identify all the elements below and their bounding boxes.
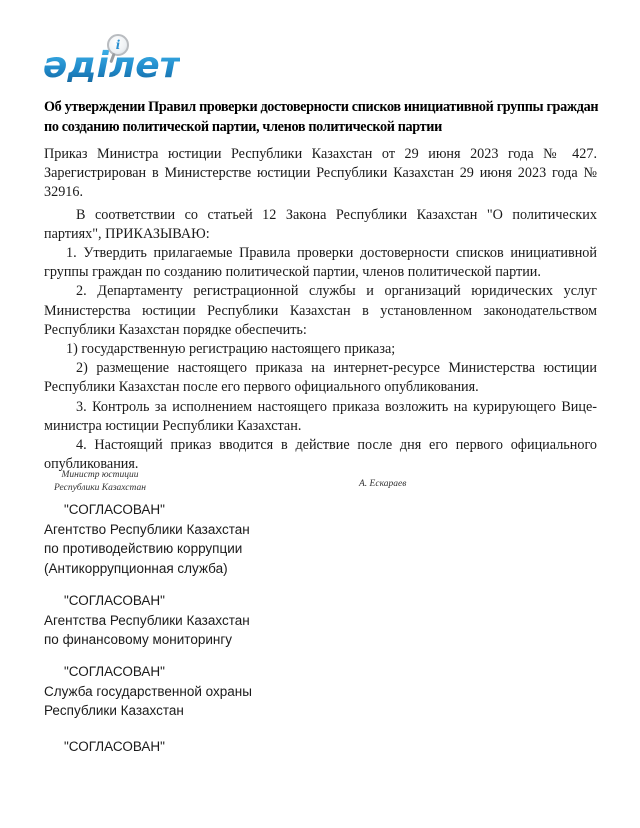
magnifier-info-icon: i xyxy=(107,34,129,56)
agreement-block: "СОГЛАСОВАН" Служба государственной охра… xyxy=(44,662,344,721)
agreement-org-line: (Антикоррупционная служба) xyxy=(44,559,344,579)
agreement-stamp: "СОГЛАСОВАН" xyxy=(44,591,344,611)
order-header-line2: Зарегистрирован в Министерстве юстиции Р… xyxy=(44,164,597,202)
agreement-org-line: Агентство Республики Казахстан xyxy=(44,520,344,540)
adilet-logo[interactable]: әділет i xyxy=(43,44,180,84)
agreement-stamp: "СОГЛАСОВАН" xyxy=(44,662,344,682)
preamble: В соответствии со статьей 12 Закона Респ… xyxy=(44,206,597,244)
agreement-stamp: "СОГЛАСОВАН" xyxy=(44,737,344,757)
agreement-block: "СОГЛАСОВАН" xyxy=(44,737,344,757)
item-2-sub-2: 2) размещение настоящего приказа на инте… xyxy=(44,359,597,397)
document-body: Приказ Министра юстиции Республики Казах… xyxy=(44,145,597,474)
agreement-org-line: по финансовому мониторингу xyxy=(44,630,344,650)
document-title: Об утверждении Правил проверки достоверн… xyxy=(44,97,604,137)
agreement-org-line: Республики Казахстан xyxy=(44,701,344,721)
agreement-org-line: Агентства Республики Казахстан xyxy=(44,611,344,631)
signatory-position-line1: Министр юстиции xyxy=(44,469,156,482)
agreement-org-line: по противодействию коррупции xyxy=(44,539,344,559)
item-3: 3. Контроль за исполнением настоящего пр… xyxy=(44,398,597,436)
signatory-name: А. Ескараев xyxy=(359,478,406,491)
signature-block: Министр юстиции Республики Казахстан А. … xyxy=(44,469,597,499)
agreement-stamp: "СОГЛАСОВАН" xyxy=(44,500,344,520)
agreement-org-line: Служба государственной охраны xyxy=(44,682,344,702)
agreement-block: "СОГЛАСОВАН" Агентство Республики Казахс… xyxy=(44,500,344,578)
agreement-block: "СОГЛАСОВАН" Агентства Республики Казахс… xyxy=(44,591,344,650)
order-header-line1: Приказ Министра юстиции Республики Казах… xyxy=(44,145,597,164)
signatory-position-line2: Республики Казахстан xyxy=(44,482,156,495)
item-2-sub-1: 1) государственную регистрацию настоящег… xyxy=(44,340,597,359)
signatory-position: Министр юстиции Республики Казахстан xyxy=(44,469,156,495)
item-1: 1. Утвердить прилагаемые Правила проверк… xyxy=(44,244,597,282)
item-2: 2. Департаменту регистрационной службы и… xyxy=(44,282,597,340)
